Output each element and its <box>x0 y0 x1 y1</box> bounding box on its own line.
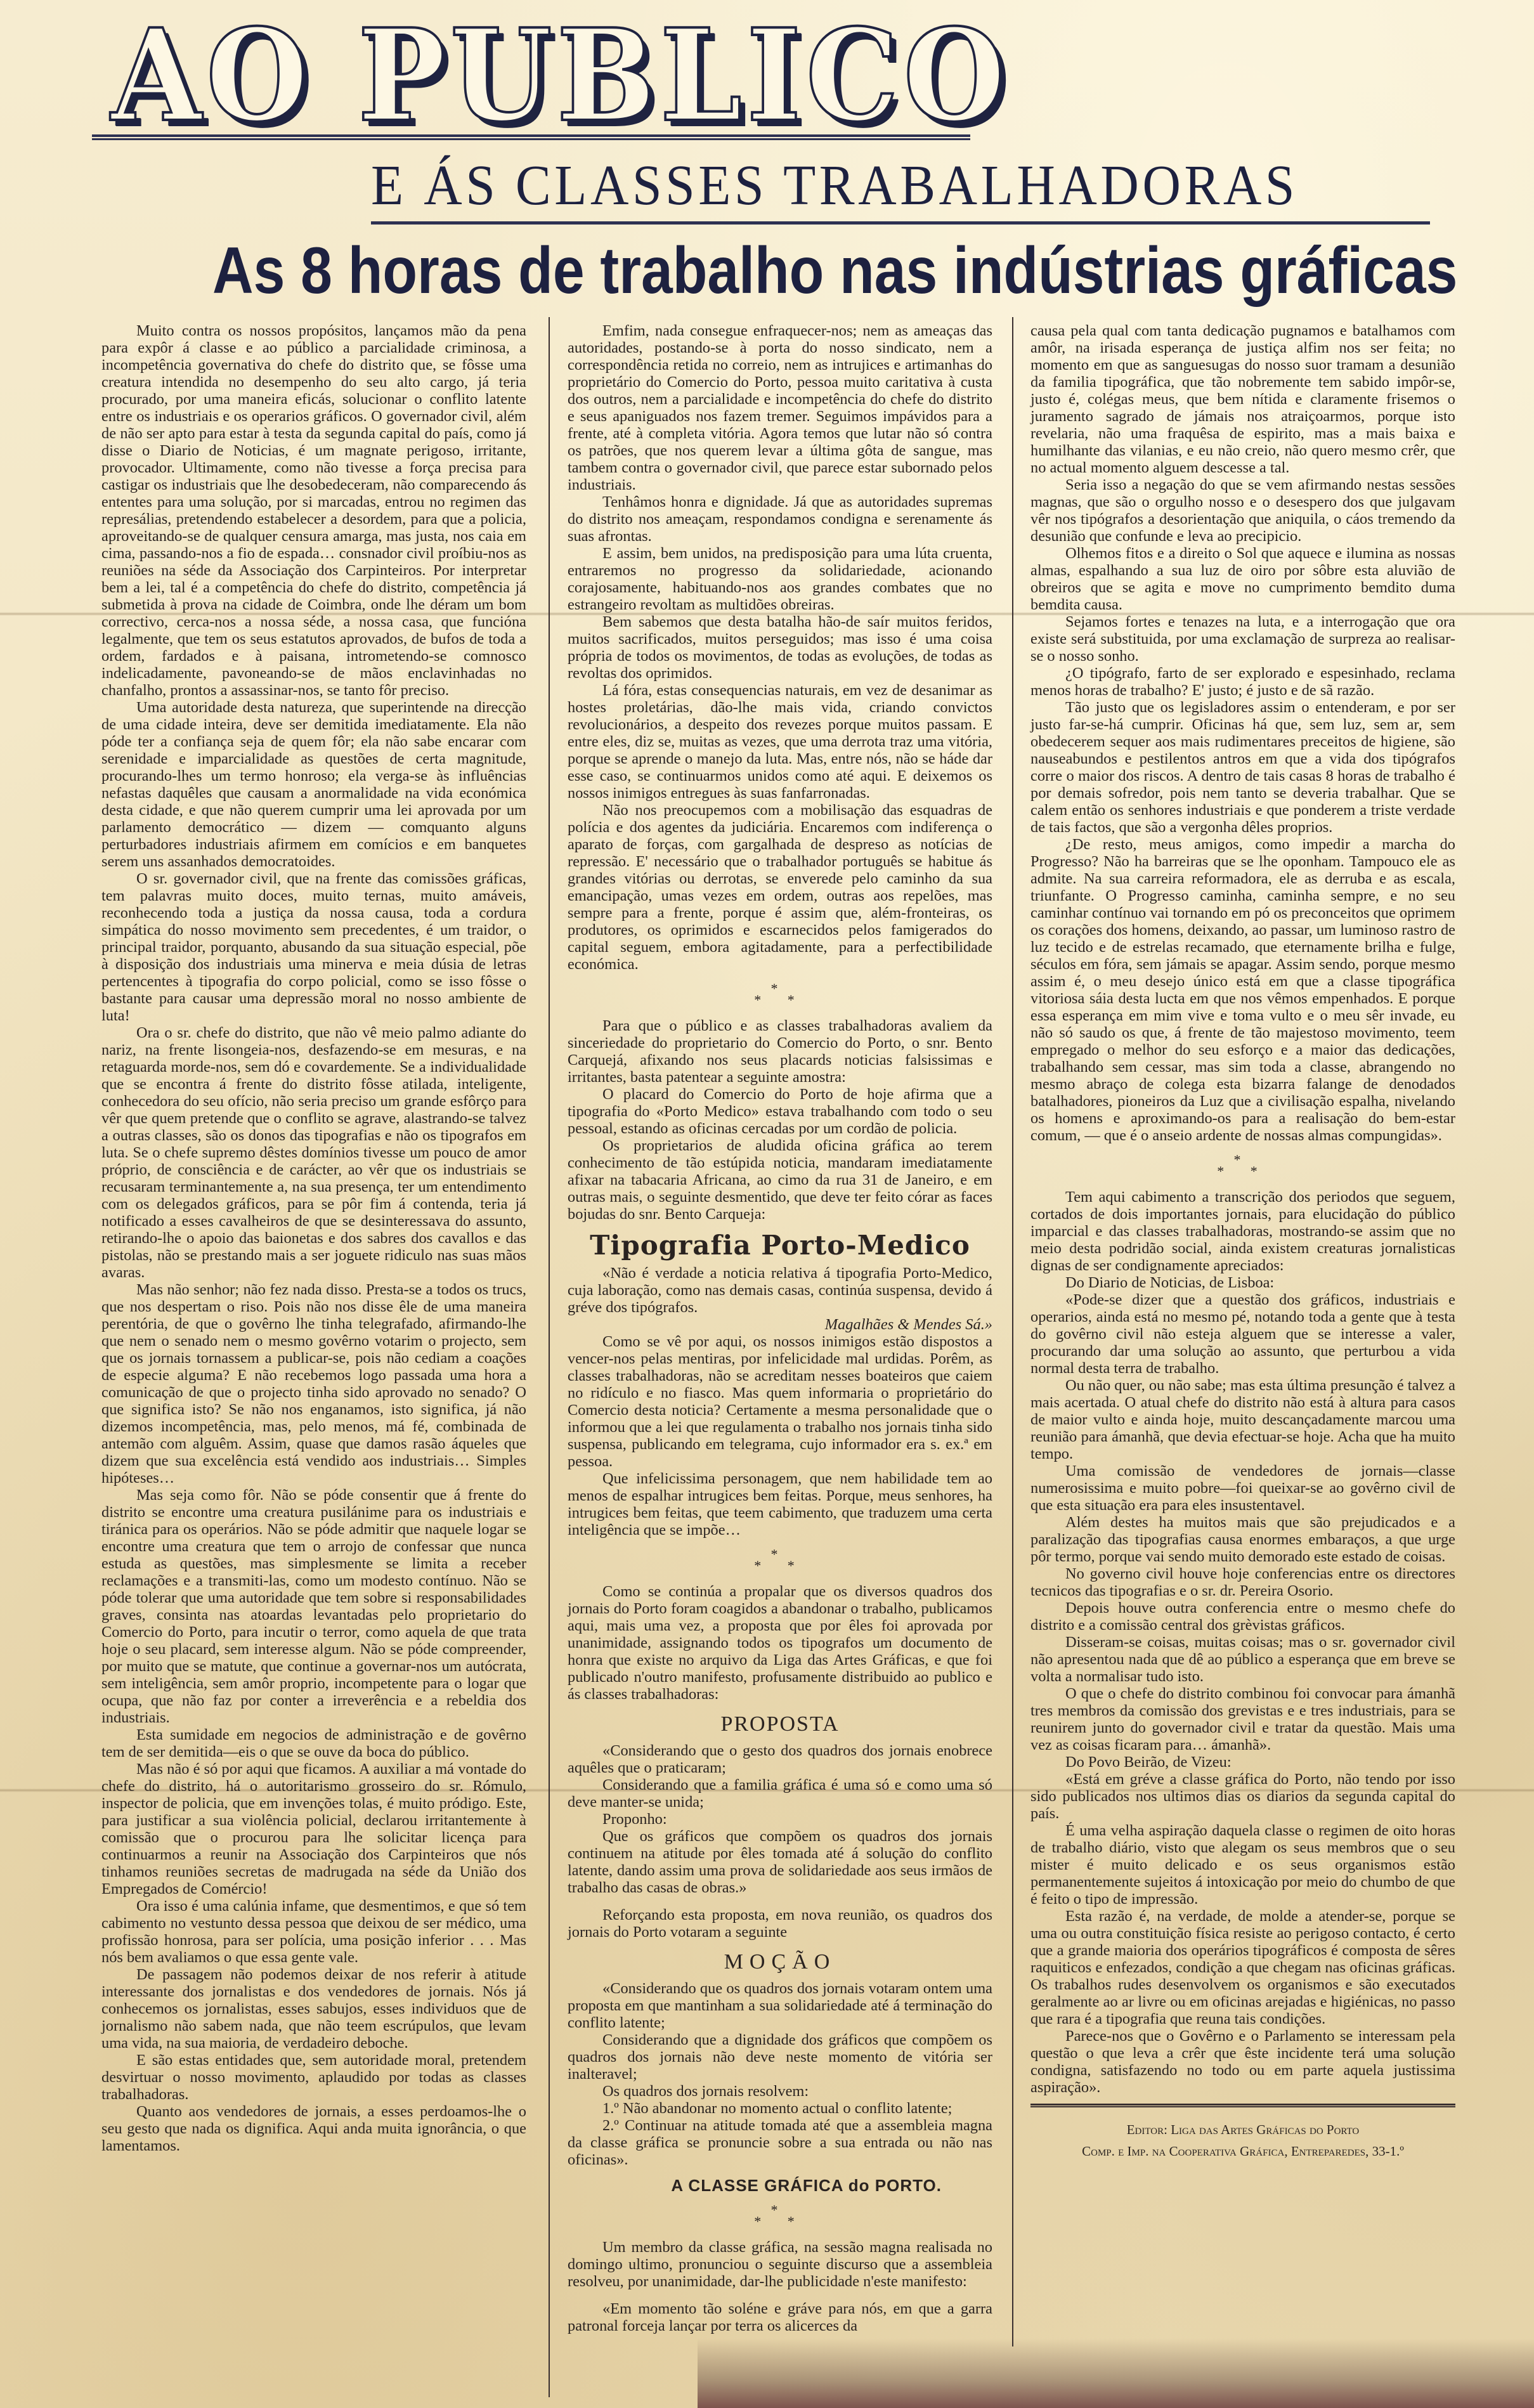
paragraph: Os proprietarios de aludida oficina gráf… <box>568 1137 992 1223</box>
paragraph: Olhemos fitos e a direito o Sol que aque… <box>1030 545 1455 613</box>
column-1: Muito contra os nossos propósitos, lança… <box>101 322 526 2154</box>
masthead-subtitle: E ÁS CLASSES TRABALHADORAS <box>371 157 1298 214</box>
mocao-item: Considerando que a dignidade dos gráfico… <box>568 2031 992 2083</box>
quote-paragraph: É uma velha aspiração daquela classe o r… <box>1030 1822 1455 1908</box>
source-label-povo-beirao: Do Povo Beirão, de Vizeu: <box>1030 1754 1455 1771</box>
paragraph: Seria isso a negação do que se vem afirm… <box>1030 476 1455 545</box>
paragraph: Tão justo que os legisladores assim o en… <box>1030 699 1455 836</box>
paragraph: Ora isso é uma calúnia infame, que desme… <box>101 1897 526 1966</box>
headline: As 8 horas de trabalho nas indústrias gr… <box>212 238 1457 304</box>
mocao-item: Os quadros dos jornais resolvem: <box>568 2083 992 2100</box>
paragraph: O sr. governador civil, que na frente da… <box>101 870 526 1024</box>
section-separator: ** * <box>568 983 992 1006</box>
proposta-item: «Considerando que o gesto dos quadros do… <box>568 1742 992 1776</box>
notice-text: «Não é verdade a noticia relativa á tipo… <box>568 1265 992 1316</box>
notice-title: Tipografia Porto-Medico <box>568 1229 992 1262</box>
mocao-signature: A CLASSE GRÁFICA do PORTO. <box>568 2177 942 2194</box>
quote-paragraph: Depois houve outra conferencia entre o m… <box>1030 1599 1455 1634</box>
paragraph: Mas seja como fôr. Não se póde consentir… <box>101 1487 526 1726</box>
masthead-title: AO PUBLICO <box>111 13 1010 140</box>
paragraph: Tem aqui cabimento a transcrição dos per… <box>1030 1188 1455 1274</box>
paragraph: Lá fóra, estas consequencias naturais, e… <box>568 682 992 802</box>
quote-paragraph: Esta razão é, na verdade, de molde a ate… <box>1030 1908 1455 2027</box>
paragraph: Para que o público e as classes trabalha… <box>568 1017 992 1086</box>
subtitle-rule <box>371 221 1430 225</box>
paragraph: Uma autoridade desta natureza, que super… <box>101 699 526 870</box>
paragraph: Um membro da classe gráfica, na sessão m… <box>568 2239 992 2290</box>
source-label-diario: Do Diario de Noticias, de Lisboa: <box>1030 1274 1455 1291</box>
column-2: Emfim, nada consegue enfraquecer-nos; ne… <box>568 322 992 2334</box>
paragraph: Não nos preocupemos com a mobilisação da… <box>568 802 992 973</box>
paragraph: O placard do Comercio do Porto de hoje a… <box>568 1086 992 1137</box>
column-divider <box>1012 317 1013 2346</box>
paragraph: Muito contra os nossos propósitos, lança… <box>101 322 526 699</box>
section-separator: ** * <box>568 1549 992 1572</box>
section-separator: ** * <box>568 2204 992 2227</box>
page-edge-shadow <box>698 2338 1534 2408</box>
footer-editor: Editor: Liga das Artes Gráficas do Porto <box>1030 2119 1455 2140</box>
paragraph: ¿O tipógrafo, farto de ser explorado e e… <box>1030 665 1455 699</box>
quote-paragraph: Uma comissão de vendedores de jornais—cl… <box>1030 1462 1455 1514</box>
paragraph: E assim, bem unidos, na predisposição pa… <box>568 545 992 613</box>
paragraph: causa pela qual com tanta dedicação pugn… <box>1030 322 1455 476</box>
paragraph: Ora o sr. chefe do distrito, que não vê … <box>101 1024 526 1281</box>
paragraph: Quanto aos vendedores de jornais, a esse… <box>101 2103 526 2154</box>
paragraph: Mas não senhor; não fez nada disso. Pres… <box>101 1281 526 1487</box>
footer-rule <box>1030 2104 1455 2107</box>
paragraph: De passagem não podemos deixar de nos re… <box>101 1966 526 2052</box>
paragraph: Mas não é só por aqui que ficamos. A aux… <box>101 1760 526 1897</box>
mocao-item: «Considerando que os quadros dos jornais… <box>568 1980 992 2031</box>
paragraph: Como se continúa a propalar que os diver… <box>568 1583 992 1703</box>
mocao-title: MOÇÃO <box>568 1949 992 1975</box>
proposta-title: PROPOSTA <box>568 1712 992 1737</box>
paragraph: Que infelicissima personagem, que nem ha… <box>568 1470 992 1539</box>
paragraph: E são estas entidades que, sem autoridad… <box>101 2052 526 2103</box>
paragraph: Esta sumidade em negocios de administraç… <box>101 1726 526 1760</box>
quote-paragraph: Parece-nos que o Govêrno e o Parlamento … <box>1030 2027 1455 2096</box>
masthead-rule <box>92 134 970 140</box>
paragraph: Como se vê por aqui, os nossos inimigos … <box>568 1333 992 1470</box>
quote-paragraph: «Pode-se dizer que a questão dos gráfico… <box>1030 1291 1455 1377</box>
column-3: causa pela qual com tanta dedicação pugn… <box>1030 322 1455 2162</box>
mocao-item: 2.º Continuar na atitude tomada até que … <box>568 2117 992 2168</box>
column-divider <box>549 317 550 2397</box>
quote-paragraph: Disseram-se coisas, muitas coisas; mas o… <box>1030 1634 1455 1685</box>
paragraph: ¿De resto, meus amigos, como impedir a m… <box>1030 836 1455 1144</box>
paragraph: Sejamos fortes e tenazes na luta, e a in… <box>1030 613 1455 665</box>
notice-signature: Magalhães & Mendes Sá.» <box>568 1316 992 1333</box>
quote-paragraph: Além destes ha muitos mais que são preju… <box>1030 1514 1455 1565</box>
proposta-item: Proponho: <box>568 1811 992 1828</box>
proposta-item: Que os gráficos que compõem os quadros d… <box>568 1828 992 1896</box>
proposta-item: Considerando que a familia gráfica é uma… <box>568 1776 992 1811</box>
footer-printer: Comp. e Imp. na Cooperativa Gráfica, Ent… <box>1030 2140 1455 2162</box>
paragraph: Tenhâmos honra e dignidade. Já que as au… <box>568 493 992 545</box>
paragraph: «Em momento tão soléne e gráve para nós,… <box>568 2300 992 2334</box>
quote-paragraph: «Está em gréve a classe gráfica do Porto… <box>1030 1771 1455 1822</box>
quote-paragraph: No governo civil houve hoje conferencias… <box>1030 1565 1455 1599</box>
mocao-item: 1.º Não abandonar no momento actual o co… <box>568 2100 992 2117</box>
paragraph: Bem sabemos que desta batalha hão-de saí… <box>568 613 992 682</box>
quote-paragraph: O que o chefe do distrito combinou foi c… <box>1030 1685 1455 1754</box>
section-separator: ** * <box>1030 1154 1455 1177</box>
quote-paragraph: Ou não quer, ou não sabe; mas esta últim… <box>1030 1377 1455 1462</box>
paragraph: Emfim, nada consegue enfraquecer-nos; ne… <box>568 322 992 493</box>
paragraph: Reforçando esta proposta, em nova reuniã… <box>568 1906 992 1941</box>
